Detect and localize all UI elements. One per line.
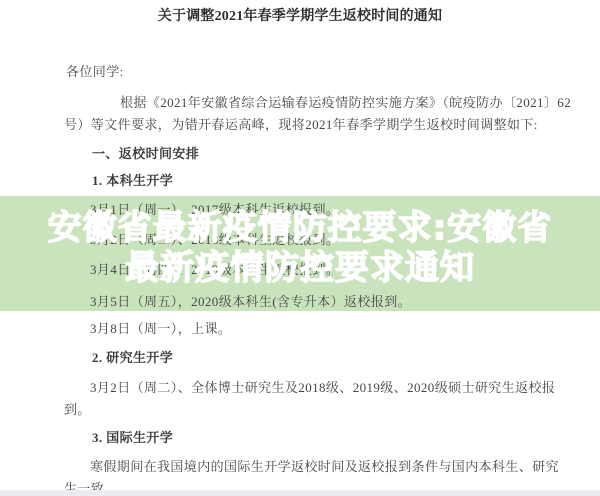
salutation: 各位同学: [66, 64, 124, 79]
page-bottom-edge [0, 490, 600, 496]
international-heading: 3. 国际生开学 [92, 430, 173, 445]
graduate-heading: 2. 研究生开学 [92, 350, 173, 365]
overlay-banner: 安徽省最新疫情防控要求:安徽省 最新疫情防控要求通知 [0, 208, 600, 288]
intro-line-1: 根据《2021年安徽省综合运输春运疫情防控实施方案》（皖疫防办〔2021〕62 [120, 95, 571, 110]
notice-page: 关于调整2021年春季学期学生返校时间的通知 各位同学: 根据《2021年安徽省… [0, 0, 600, 496]
international-line-1: 寒假期间在我国境内的国际生开学返校时间及返校报到条件与国内本科生、研究 [90, 459, 559, 474]
overlay-headline-line-1: 安徽省最新疫情防控要求:安徽省 [0, 208, 600, 248]
overlay-headline-line-2: 最新疫情防控要求通知 [0, 248, 600, 288]
intro-line-2: 号）等文件要求，为错开春运高峰，现将2021年春季学期学生返校时间调整如下: [64, 117, 538, 132]
undergrad-heading: 1. 本科生开学 [92, 173, 173, 188]
page-title: 关于调整2021年春季学期学生返校时间的通知 [0, 9, 600, 24]
graduate-schedule-line-1: 3月2日（周二）、全体博士研究生及2018级、2019级、2020级硕士研究生返… [90, 380, 555, 395]
section-1-heading: 一、返校时间安排 [92, 146, 199, 161]
undergrad-schedule-line-4: 3月5日（周五），2020级本科生(含专升本）返校报到。 [90, 294, 411, 309]
graduate-schedule-line-2: 到。 [64, 402, 91, 417]
undergrad-schedule-line-5: 3月8日（周一），上课。 [90, 321, 231, 336]
